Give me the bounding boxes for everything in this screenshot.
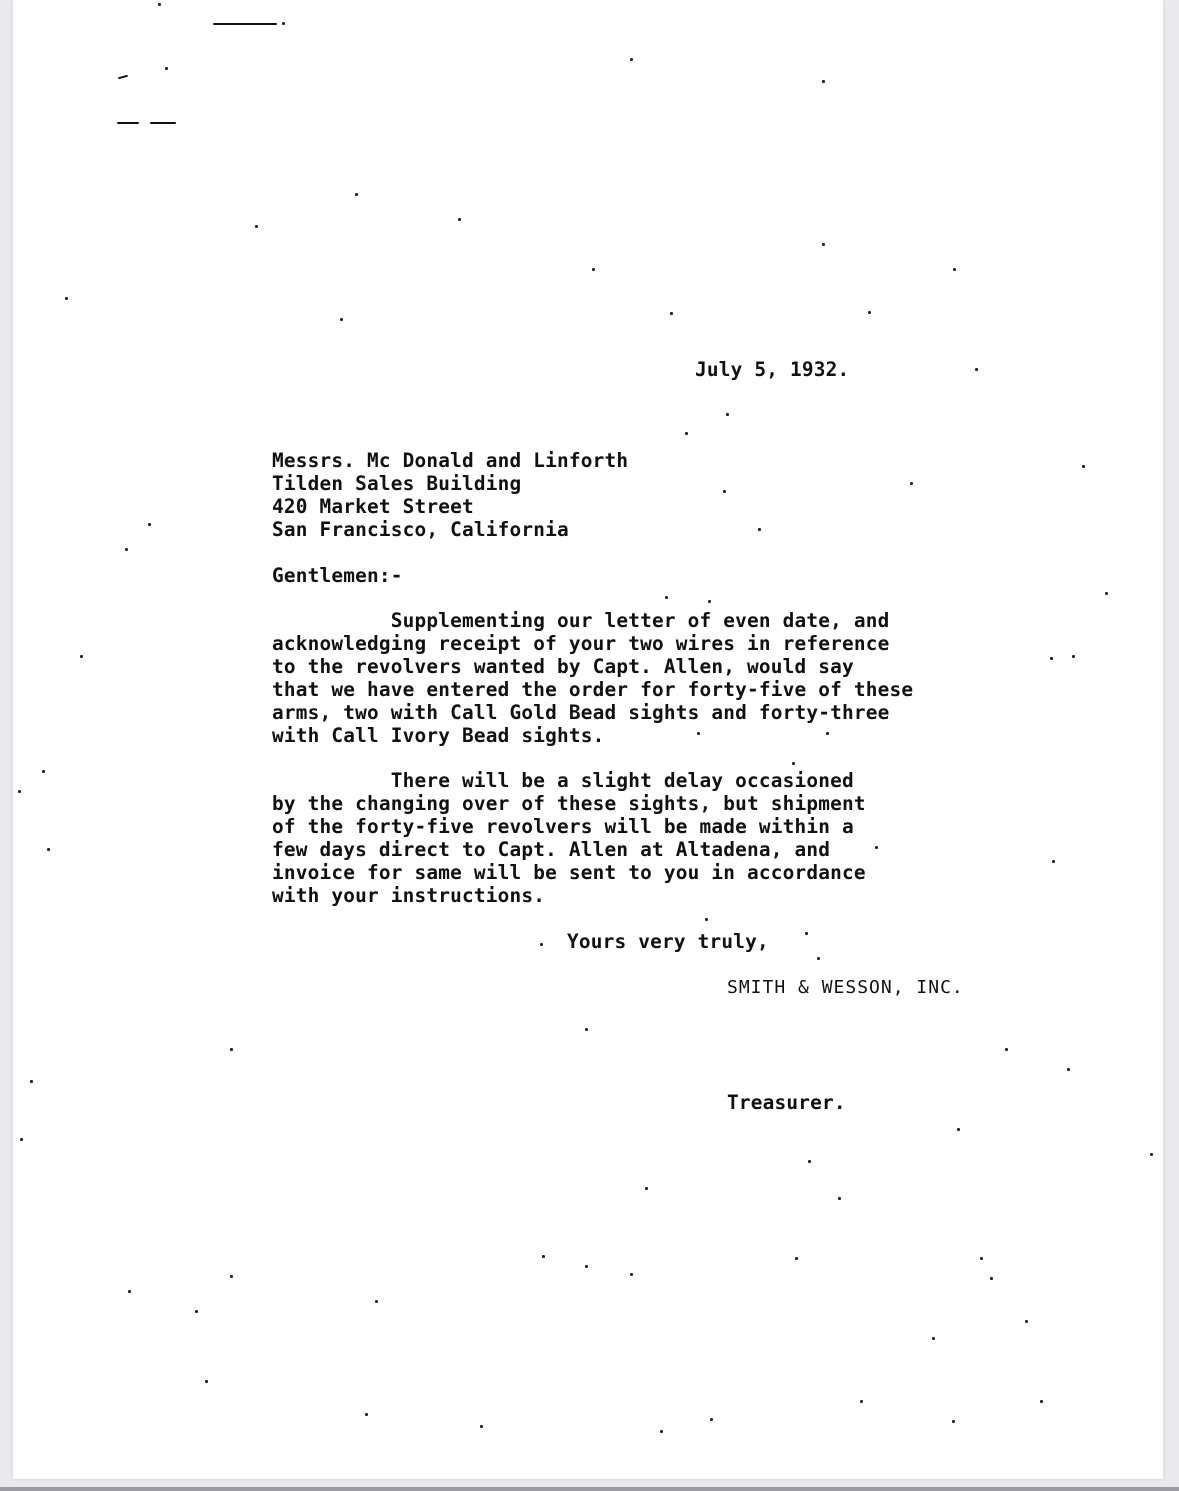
scan-speck [990, 1277, 993, 1280]
scan-speck [540, 943, 543, 946]
scan-speck [158, 3, 161, 6]
scan-speck [282, 22, 285, 25]
scan-speck [710, 1418, 713, 1421]
paragraph-2: There will be a slight delay occasioned … [272, 769, 866, 907]
scan-speck [630, 1273, 633, 1276]
scan-speck [932, 1337, 935, 1340]
scan-speck [670, 312, 673, 315]
paragraph-line: with your instructions. [272, 884, 866, 907]
scan-speck [375, 1300, 378, 1303]
paragraph-line: acknowledging receipt of your two wires … [272, 632, 913, 655]
scan-speck [805, 932, 808, 935]
scan-speck [42, 770, 45, 773]
scan-speck [165, 67, 168, 70]
scan-speck [660, 1430, 663, 1433]
scan-speck [230, 1275, 233, 1278]
scan-speck [875, 846, 878, 849]
scan-speck [1052, 860, 1055, 863]
scan-speck [255, 225, 258, 228]
recipient-line: 420 Market Street [272, 495, 628, 518]
recipient-line: San Francisco, California [272, 518, 628, 541]
scan-mark [150, 122, 176, 124]
scan-speck [20, 1138, 23, 1141]
closing: Yours very truly, [567, 930, 769, 953]
paragraph-line: to the revolvers wanted by Capt. Allen, … [272, 655, 913, 678]
paragraph-line: Supplementing our letter of even date, a… [272, 609, 913, 632]
scan-speck [458, 218, 461, 221]
scan-mark [213, 23, 277, 25]
scan-speck [685, 432, 688, 435]
scan-speck [705, 918, 708, 921]
paragraph-line: There will be a slight delay occasioned [272, 769, 866, 792]
scan-speck [868, 311, 871, 314]
scan-speck [952, 1420, 955, 1423]
scan-speck [195, 1310, 198, 1313]
scan-speck [125, 548, 128, 551]
scan-speck [480, 1425, 483, 1428]
scan-speck [665, 596, 668, 599]
scan-speck [1040, 1400, 1043, 1403]
scan-speck [758, 528, 761, 531]
scan-speck [365, 1413, 368, 1416]
paragraph-line: few days direct to Capt. Allen at Altade… [272, 838, 866, 861]
scan-speck [980, 1257, 983, 1260]
scan-speck [808, 1160, 811, 1163]
scan-speck [957, 1128, 960, 1131]
scan-speck [708, 600, 711, 603]
scan-speck [645, 1187, 648, 1190]
scan-speck [826, 732, 829, 735]
scan-speck [822, 80, 825, 83]
signer-title: Treasurer. [727, 1091, 846, 1114]
scan-speck [1082, 465, 1085, 468]
scan-speck [1105, 592, 1108, 595]
scan-speck [630, 58, 633, 61]
scan-speck [1025, 1320, 1028, 1323]
scan-speck [205, 1380, 208, 1383]
scan-speck [860, 1400, 863, 1403]
scan-speck [910, 482, 913, 485]
scan-speck [80, 655, 83, 658]
scan-speck [30, 1080, 33, 1083]
scan-speck [148, 523, 151, 526]
scan-speck [953, 268, 956, 271]
scan-speck [340, 318, 343, 321]
paragraph-line: with Call Ivory Bead sights. [272, 724, 913, 747]
salutation: Gentlemen:- [272, 564, 403, 587]
scan-speck [585, 1028, 588, 1031]
scan-speck [542, 1255, 545, 1258]
scan-speck [817, 957, 820, 960]
scan-speck [1067, 1068, 1070, 1071]
company-signature: SMITH & WESSON, INC. [727, 976, 964, 999]
paragraph-line: by the changing over of these sights, bu… [272, 792, 866, 815]
scan-speck [1072, 655, 1075, 658]
scan-speck [355, 193, 358, 196]
scan-speck [128, 1290, 131, 1293]
paragraph-line: that we have entered the order for forty… [272, 678, 913, 701]
paragraph-1: Supplementing our letter of even date, a… [272, 609, 913, 747]
scan-speck [1005, 1048, 1008, 1051]
scan-speck [585, 1265, 588, 1268]
paragraph-line: arms, two with Call Gold Bead sights and… [272, 701, 913, 724]
window-bottom-edge [0, 1487, 1179, 1491]
scan-speck [697, 732, 700, 735]
recipient-address: Messrs. Mc Donald and Linforth Tilden Sa… [272, 449, 628, 541]
scan-speck [18, 790, 21, 793]
paragraph-line: of the forty-five revolvers will be made… [272, 815, 866, 838]
scan-speck [726, 413, 729, 416]
paragraph-line: invoice for same will be sent to you in … [272, 861, 866, 884]
scan-speck [792, 762, 795, 765]
scan-speck [47, 848, 50, 851]
scan-speck [592, 268, 595, 271]
letter-date: July 5, 1932. [695, 358, 849, 381]
recipient-line: Tilden Sales Building [272, 472, 628, 495]
scan-speck [65, 297, 68, 300]
scan-mark [117, 122, 139, 124]
scan-speck [838, 1197, 841, 1200]
scan-speck [230, 1048, 233, 1051]
scan-speck [1050, 657, 1053, 660]
scan-speck [822, 243, 825, 246]
scan-speck [975, 368, 978, 371]
recipient-line: Messrs. Mc Donald and Linforth [272, 449, 628, 472]
scan-speck [723, 490, 726, 493]
scan-speck [795, 1257, 798, 1260]
scan-speck [1150, 1153, 1153, 1156]
